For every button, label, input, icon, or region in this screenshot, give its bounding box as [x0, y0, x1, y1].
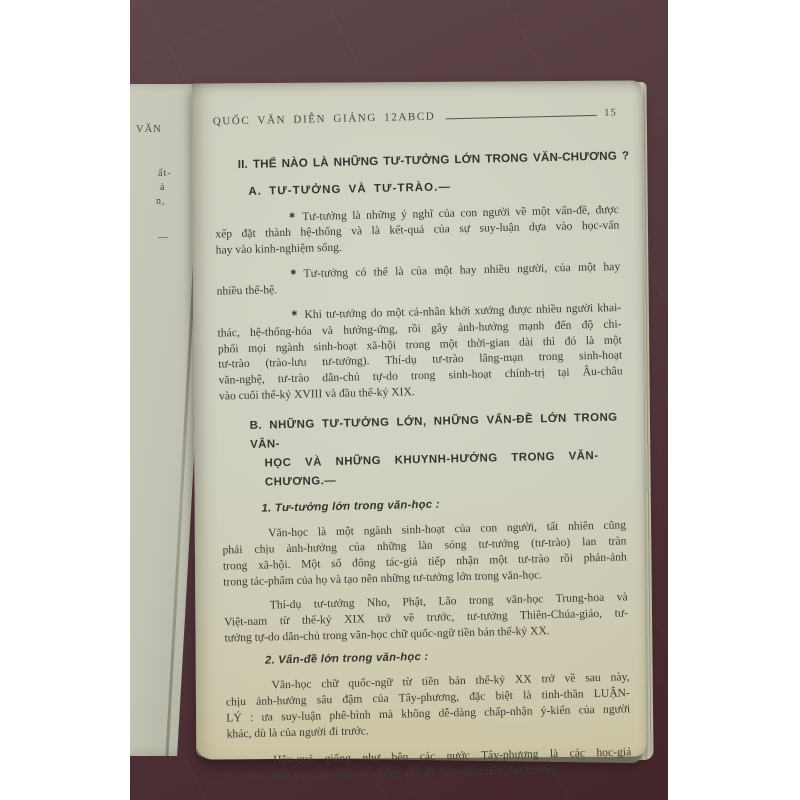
asterisk-bullet-icon: ✱ — [289, 210, 302, 219]
book-page: QUỐC VĂN DIỄN GIẢNG 12ABCD 15 II. THẾ NÀ… — [192, 80, 647, 759]
body-paragraph: Thí-dụ tư-tưởng Nho, Phật, Lão trong văn… — [224, 589, 629, 646]
facing-page-fragment: ả — [160, 182, 165, 193]
photo-canvas: VĂN ất- ả n, — QUỐC VĂN DIỄN GIẢNG 12ABC… — [0, 0, 800, 800]
section-b-heading: B. NHỮNG TƯ-TƯỞNG LỚN, NHỮNG VẤN-ĐỀ LỚN … — [219, 409, 625, 494]
facing-page-fragment: n, — [156, 196, 166, 207]
section-a-heading: A. TƯ-TƯỞNG VÀ TƯ-TRÀO.— — [214, 176, 618, 201]
page-number: 15 — [604, 105, 617, 121]
subsection-1-heading: 1. Tư-tưởng lớn trong văn-học : — [221, 494, 625, 519]
body-paragraph: Văn-học là một ngành sinh-hoạt của con n… — [222, 517, 627, 590]
facing-page-fragment: — — [158, 232, 169, 243]
book-title: QUỐC VĂN DIỄN GIẢNG 12ABCD — [213, 110, 436, 131]
body-paragraph: Hậu-quả giống như bên các nước Tây-phươn… — [227, 744, 632, 785]
bullet-paragraph: ✱Khi tư-tưởng do một cá-nhân khởi xướng … — [217, 299, 623, 405]
subsection-2-heading: 2. Vấn-đề lớn trong văn-học : — [225, 646, 629, 671]
page-content: QUỐC VĂN DIỄN GIẢNG 12ABCD 15 II. THẾ NÀ… — [213, 105, 632, 785]
body-paragraph: Văn-học chữ quốc-ngữ từ tiền bán thế-kỷ … — [225, 670, 630, 743]
facing-page-fragment: VĂN — [136, 124, 162, 135]
book-photo: VĂN ất- ả n, — QUỐC VĂN DIỄN GIẢNG 12ABC… — [130, 0, 668, 800]
section-title: II. THẾ NÀO LÀ NHỮNG TƯ-TƯỞNG LỚN TRONG … — [214, 148, 618, 173]
running-header: QUỐC VĂN DIỄN GIẢNG 12ABCD 15 — [213, 105, 617, 130]
section-b-heading-line: HỌC VÀ NHỮNG KHUYNH-HƯỚNG TRONG VĂN-CHƯƠ… — [220, 447, 625, 494]
header-rule — [445, 114, 596, 119]
facing-page-fragment: ất- — [158, 168, 172, 179]
bullet-paragraph: ✱Tư-tưởng có thể là của một hay nhiều ng… — [216, 257, 621, 299]
asterisk-bullet-icon: ✱ — [291, 309, 304, 318]
asterisk-bullet-icon: ✱ — [290, 268, 303, 277]
bullet-paragraph: ✱Tư-tưởng là những ý nghĩ của con người … — [215, 200, 620, 258]
